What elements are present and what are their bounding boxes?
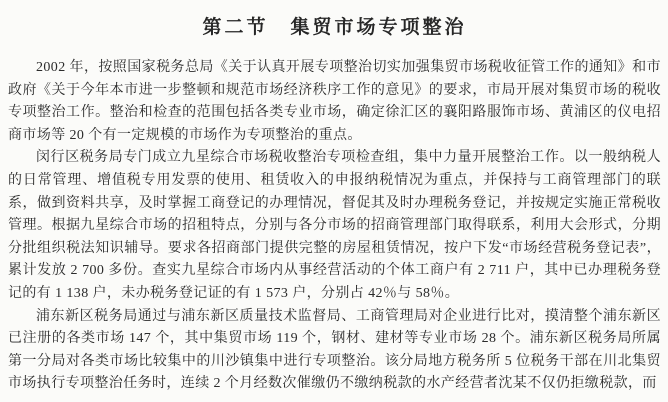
document-page: 第二节 集贸市场专项整治 2002 年，按照国家税务总局《关于认真开展专项整治切… xyxy=(0,0,668,402)
document-body: 2002 年，按照国家税务总局《关于认真开展专项整治切实加强集贸市场税收征管工作… xyxy=(8,57,661,396)
paragraph-2: 闵行区税务局专门成立九星综合市场税收整治专项检查组，集中力量开展整治工作。以一般… xyxy=(8,147,661,305)
paragraph-1: 2002 年，按照国家税务总局《关于认真开展专项整治切实加强集贸市场税收征管工作… xyxy=(8,57,661,147)
paragraph-3: 浦东新区税务局通过与浦东新区质量技术监督局、工商管理局对企业进行比对，摸清整个浦… xyxy=(8,306,661,396)
section-title: 第二节 集贸市场专项整治 xyxy=(8,12,661,39)
